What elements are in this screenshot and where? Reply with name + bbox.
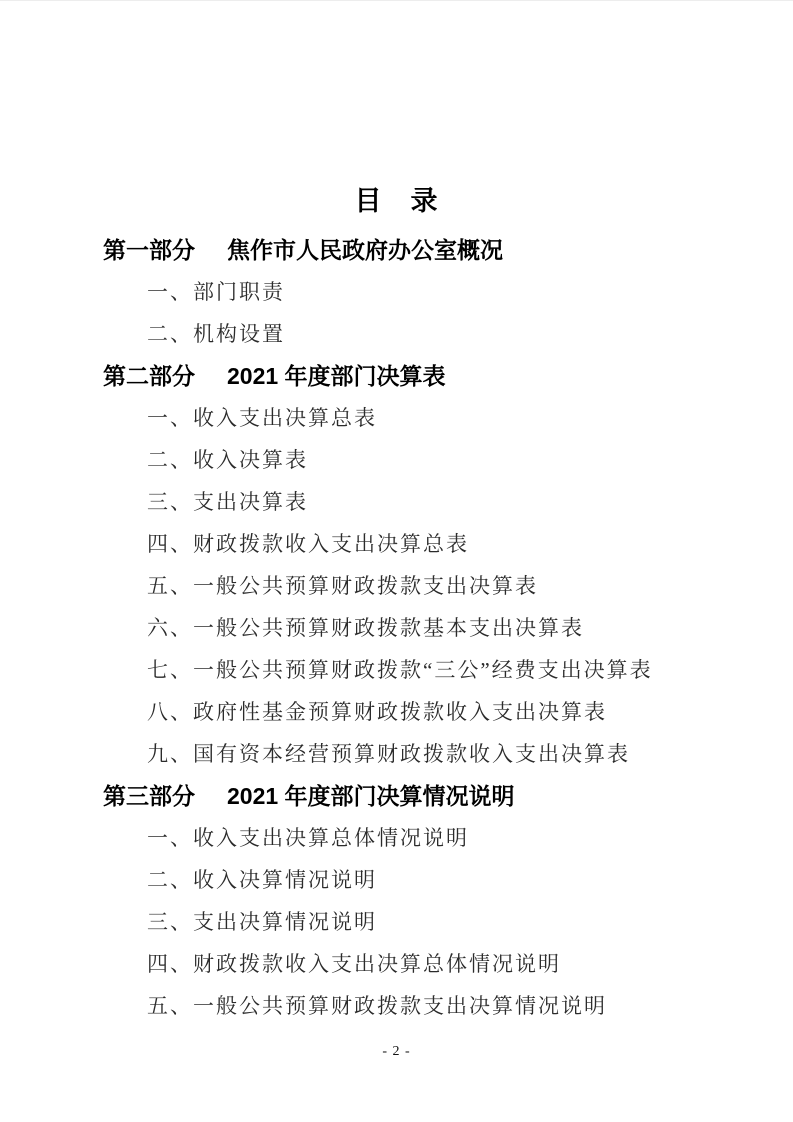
part-1-title: 焦作市人民政府办公室概况 [227, 237, 503, 263]
document-page: 目 录 第一部分焦作市人民政府办公室概况 一、部门职责 二、机构设置 第二部分2… [0, 0, 793, 1122]
part-2-title: 2021 年度部门决算表 [227, 363, 446, 389]
toc-item: 一、收入支出决算总体情况说明 [0, 817, 793, 859]
part-1-label: 第一部分 [103, 237, 195, 263]
toc-item: 四、财政拨款收入支出决算总表 [0, 523, 793, 565]
part-3-heading: 第三部分2021 年度部门决算情况说明 [0, 775, 793, 817]
part-3-label: 第三部分 [103, 783, 195, 809]
toc-item: 四、财政拨款收入支出决算总体情况说明 [0, 943, 793, 985]
toc-item: 八、政府性基金预算财政拨款收入支出决算表 [0, 691, 793, 733]
page-title: 目 录 [0, 185, 793, 229]
toc-item: 三、支出决算情况说明 [0, 901, 793, 943]
toc-item: 五、一般公共预算财政拨款支出决算表 [0, 565, 793, 607]
toc-item: 二、收入决算表 [0, 439, 793, 481]
toc-item: 六、一般公共预算财政拨款基本支出决算表 [0, 607, 793, 649]
page-number: - 2 - [0, 1044, 793, 1060]
part-1-heading: 第一部分焦作市人民政府办公室概况 [0, 229, 793, 271]
toc-item: 七、一般公共预算财政拨款“三公”经费支出决算表 [0, 649, 793, 691]
toc-item: 五、一般公共预算财政拨款支出决算情况说明 [0, 985, 793, 1027]
toc-item: 三、支出决算表 [0, 481, 793, 523]
toc-item: 二、机构设置 [0, 313, 793, 355]
toc-item: 二、收入决算情况说明 [0, 859, 793, 901]
toc-item: 九、国有资本经营预算财政拨款收入支出决算表 [0, 733, 793, 775]
toc-item: 一、部门职责 [0, 271, 793, 313]
part-2-heading: 第二部分2021 年度部门决算表 [0, 355, 793, 397]
part-3-title: 2021 年度部门决算情况说明 [227, 783, 515, 809]
toc-item: 一、收入支出决算总表 [0, 397, 793, 439]
part-2-label: 第二部分 [103, 363, 195, 389]
